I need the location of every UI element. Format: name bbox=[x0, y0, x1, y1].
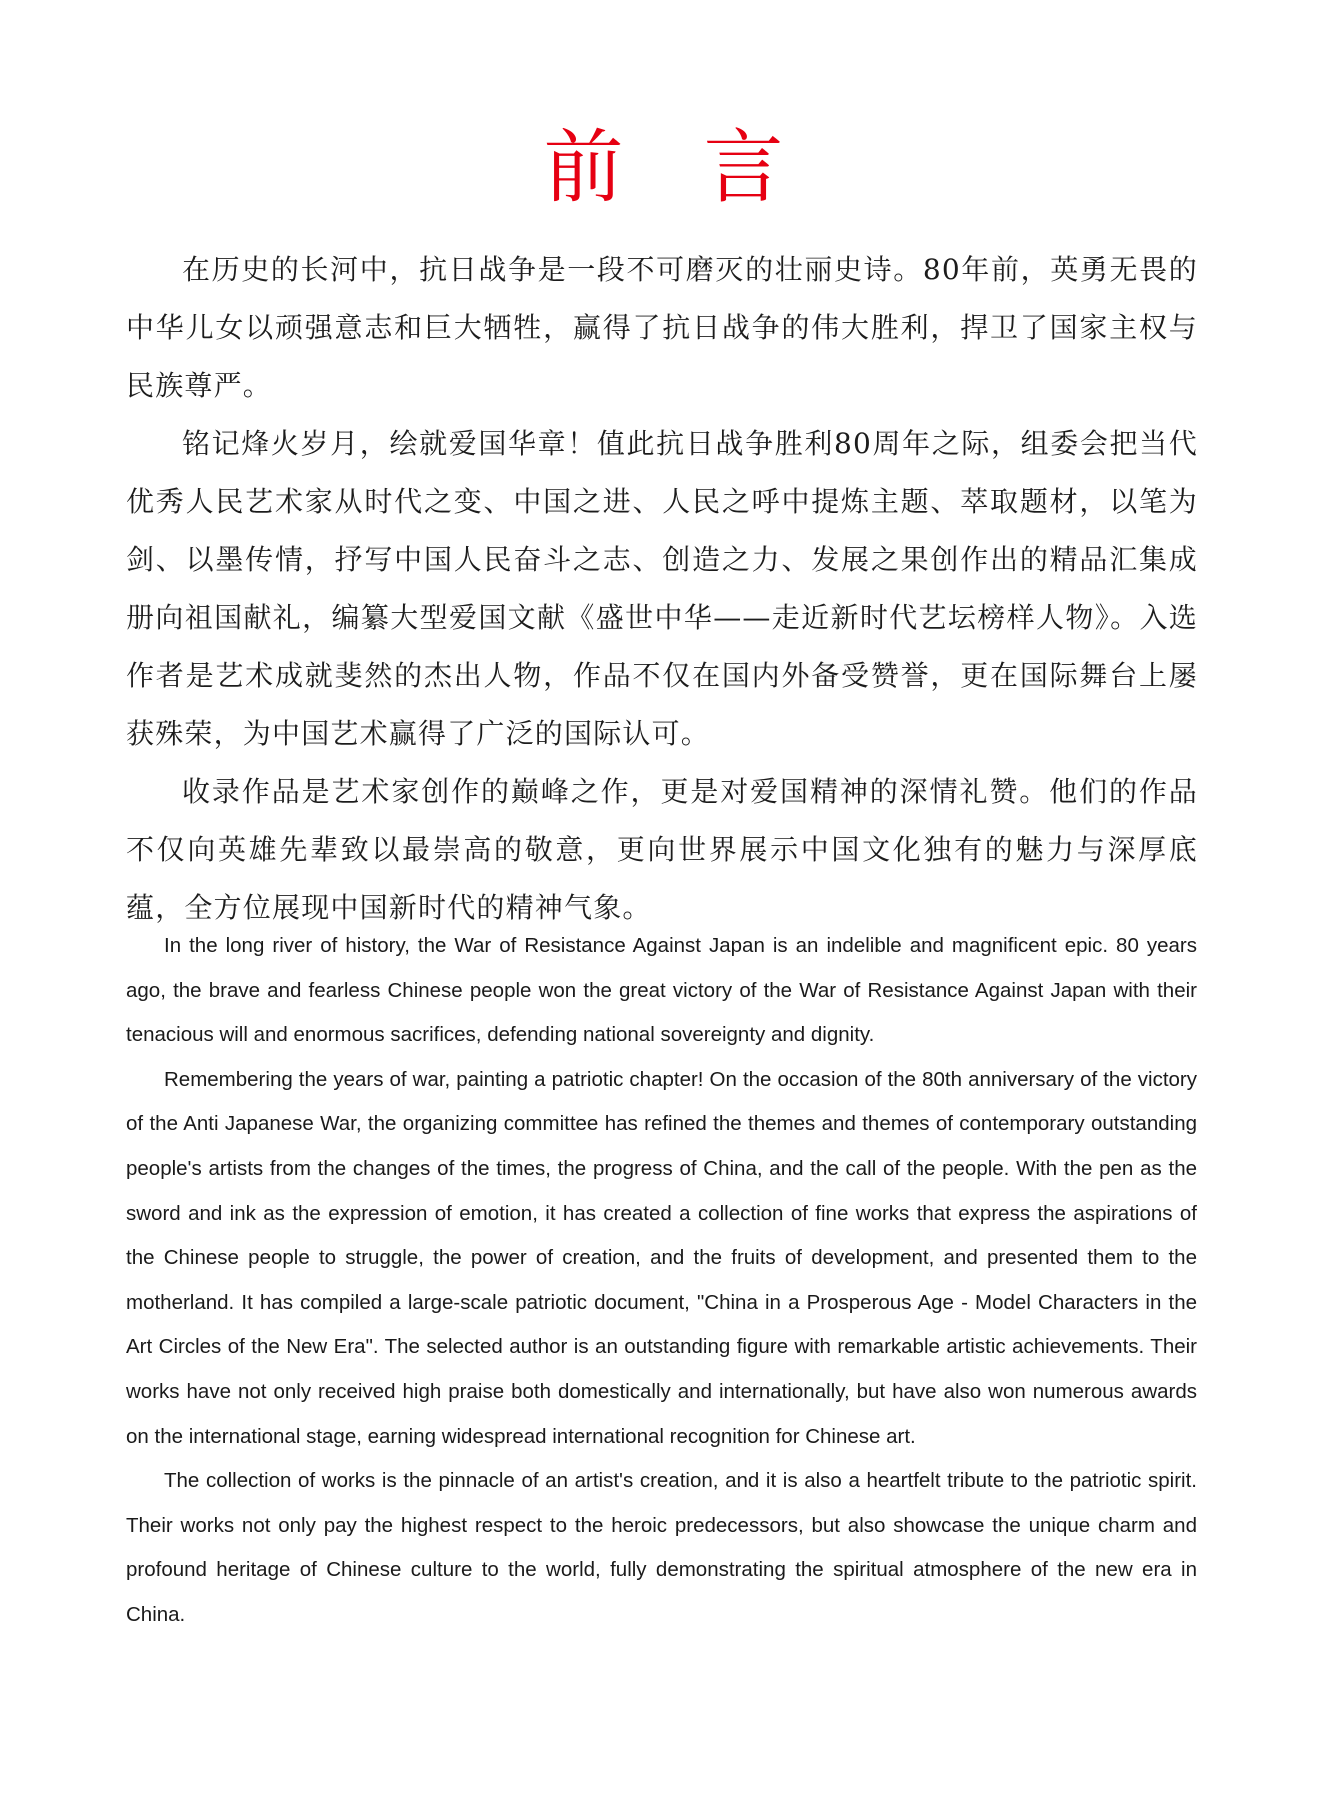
english-paragraph: Remembering the years of war, painting a… bbox=[126, 1058, 1197, 1459]
page-title: 前言 bbox=[0, 118, 1327, 218]
chinese-preface-section: 在历史的长河中，抗日战争是一段不可磨灭的壮丽史诗。80年前，英勇无畏的中华儿女以… bbox=[126, 241, 1198, 937]
chinese-paragraph: 在历史的长河中，抗日战争是一段不可磨灭的壮丽史诗。80年前，英勇无畏的中华儿女以… bbox=[126, 241, 1198, 415]
document-page: 前言 在历史的长河中，抗日战争是一段不可磨灭的壮丽史诗。80年前，英勇无畏的中华… bbox=[0, 0, 1327, 1800]
chinese-paragraph: 收录作品是艺术家创作的巅峰之作，更是对爱国精神的深情礼赞。他们的作品不仅向英雄先… bbox=[126, 763, 1198, 937]
chinese-paragraph: 铭记烽火岁月，绘就爱国华章！值此抗日战争胜利80周年之际，组委会把当代优秀人民艺… bbox=[126, 415, 1198, 763]
english-paragraph: In the long river of history, the War of… bbox=[126, 924, 1197, 1058]
english-paragraph: The collection of works is the pinnacle … bbox=[126, 1459, 1197, 1637]
english-preface-section: In the long river of history, the War of… bbox=[126, 924, 1197, 1638]
